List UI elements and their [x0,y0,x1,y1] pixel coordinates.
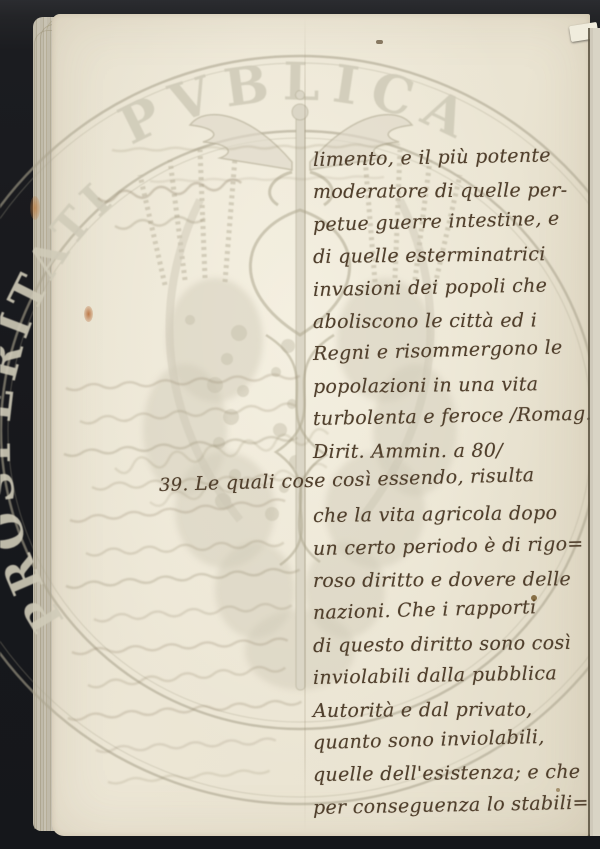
handwriting-text-block: limento, e il più potentemoderatore di q… [313,144,585,824]
handwriting-line: petue guerre intestine, e [313,202,586,241]
paragraph-number: 39. [159,469,189,502]
handwriting-line: turbolenta e feroce /Romag. [313,398,586,436]
handwriting-line: invasioni dei popoli che [313,268,586,306]
next-page-edge [588,28,600,836]
handwriting-line: limento, e il più potente [313,139,586,177]
handwriting-line: di quelle esterminatrici [313,238,585,274]
handwriting-line: per conseguenza lo stabili= [313,787,586,825]
handwriting-line: inviolabili dalla pubblica [313,657,586,695]
center-fold-crease [304,16,306,834]
scanner-bed: PROSPERITATI PVBLICAE [0,0,600,849]
handwriting-line: quanto sono inviolabili, [313,720,586,759]
handwriting-line: che la vita agricola dopo [313,497,585,533]
handwriting-line: quelle dell'esistenza; e che [313,756,585,792]
handwriting-line: un certo periodo è di rigo= [313,527,586,565]
handwriting-line: nazioni. Che i rapporti [313,590,586,629]
handwriting-line: Regni e risommergono le [313,331,586,370]
